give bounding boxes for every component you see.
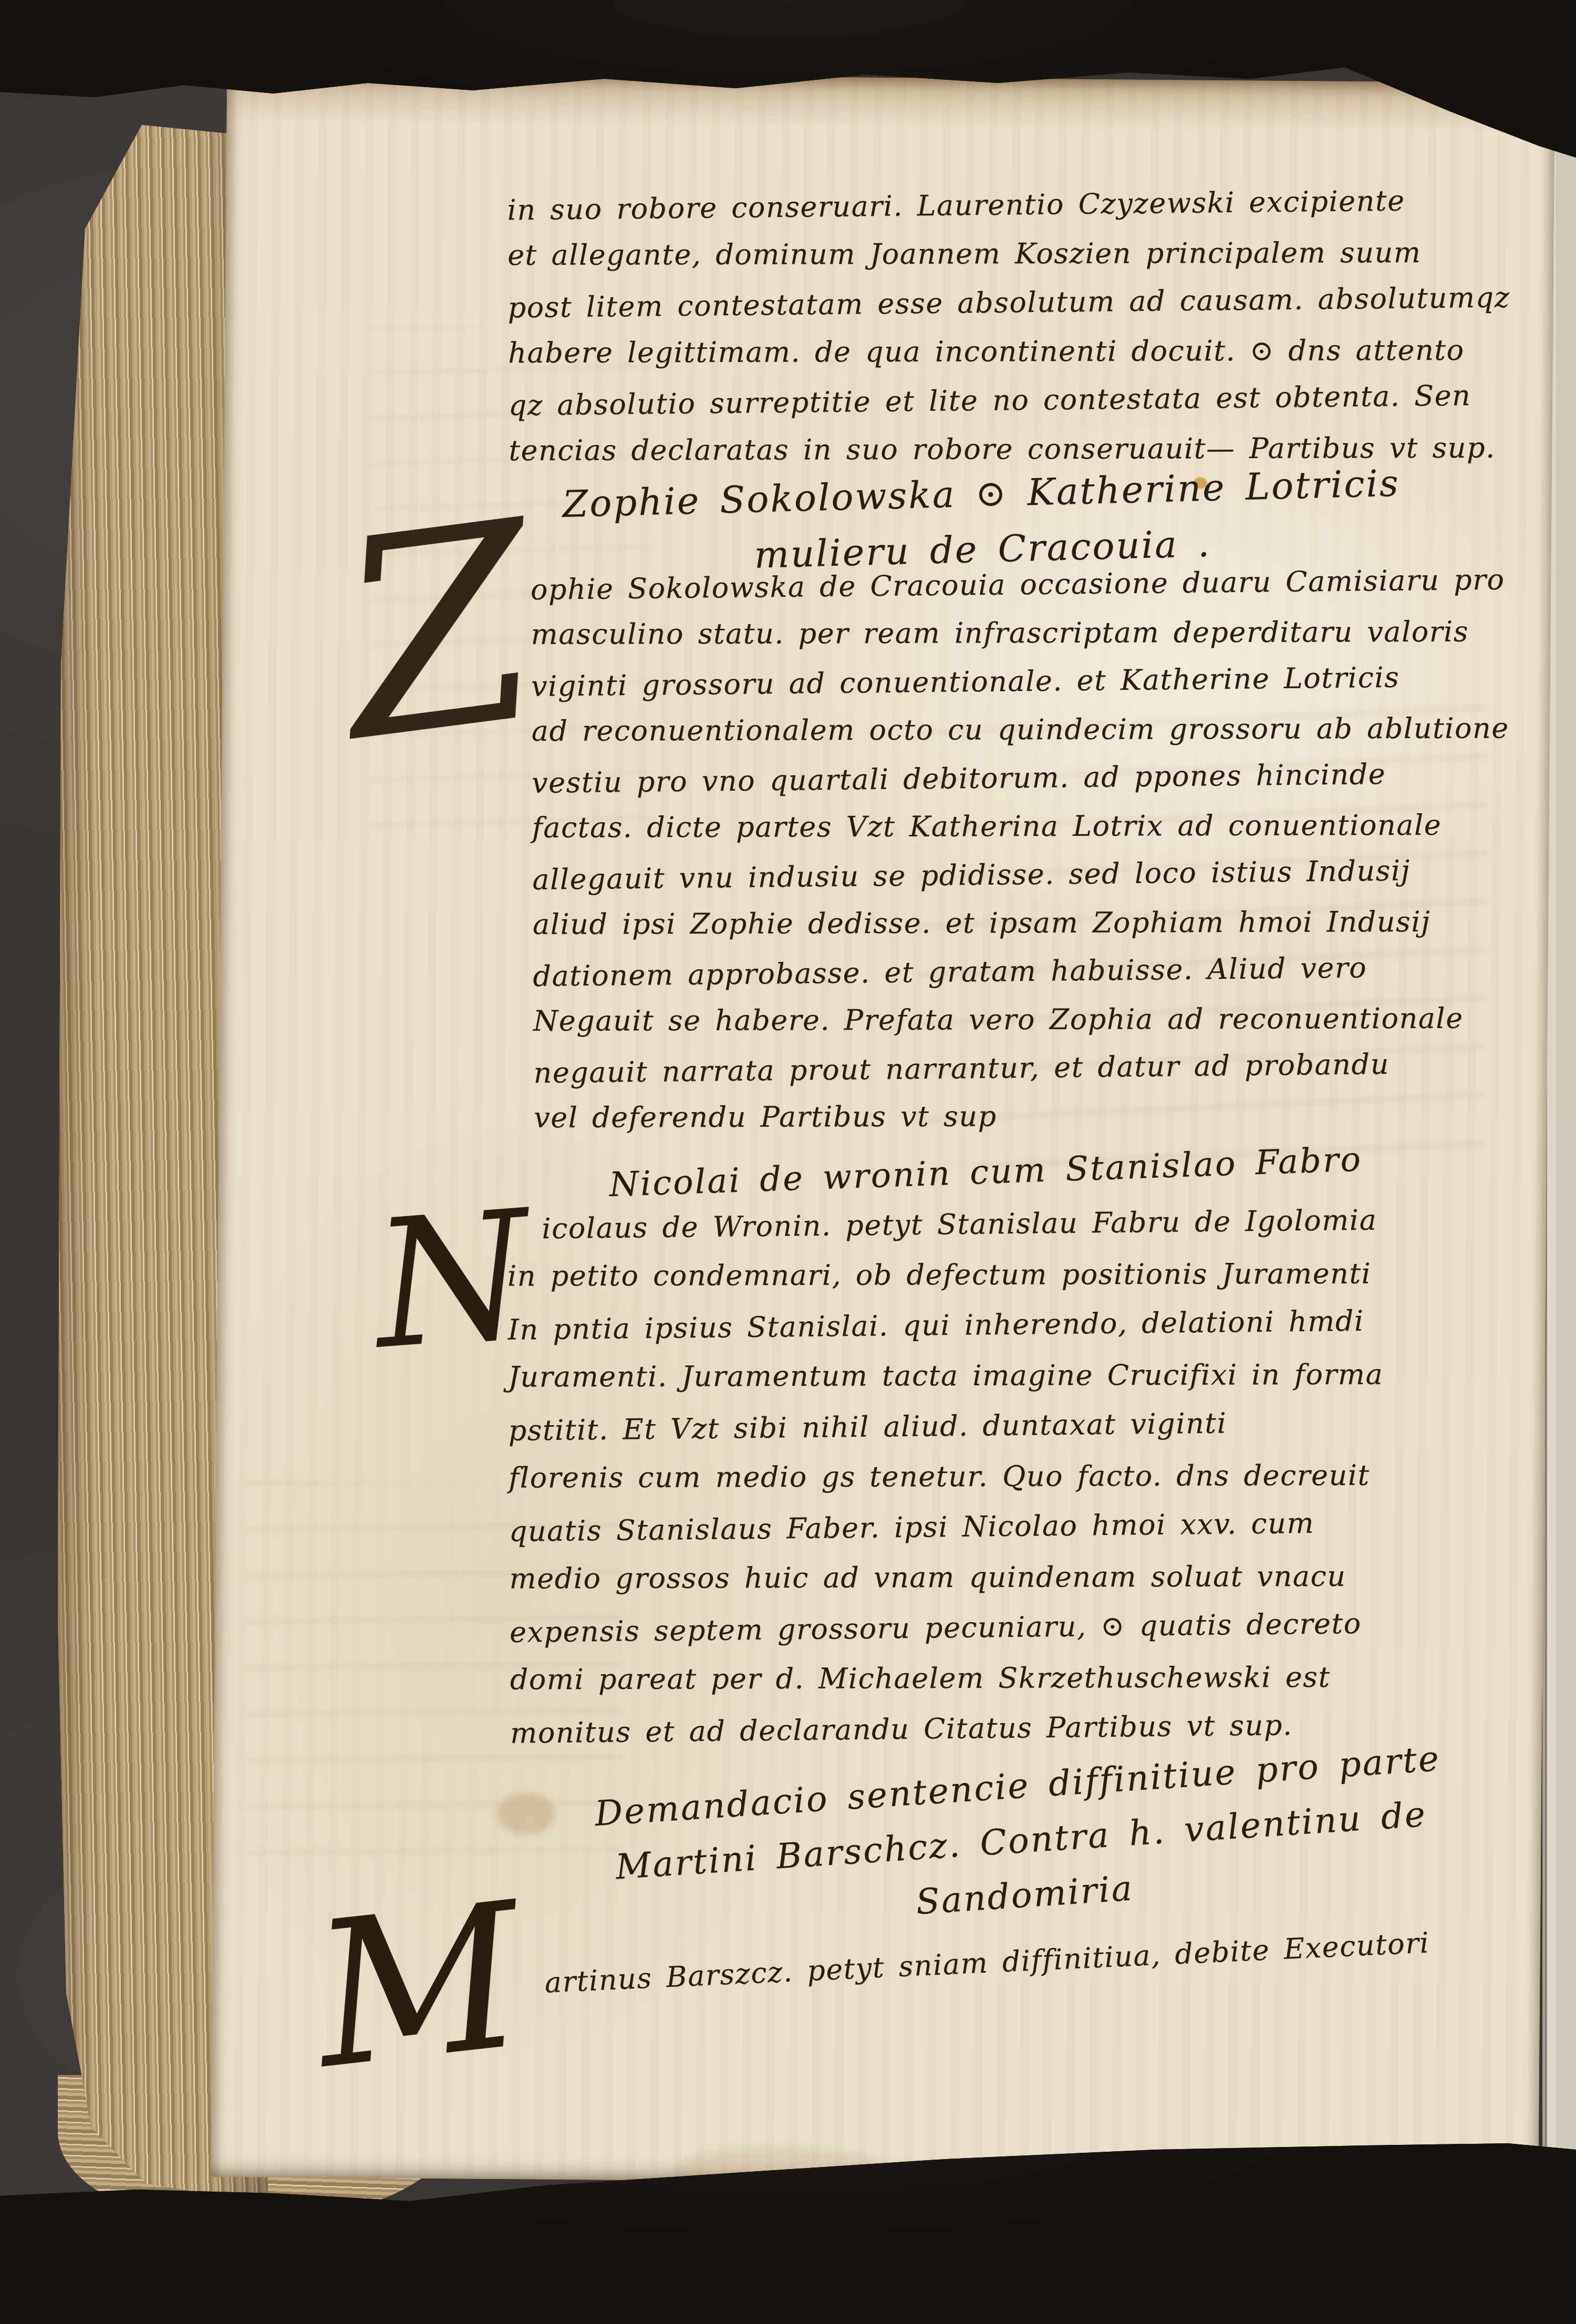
text-line: post litem contestatam esse absolutum ad…: [507, 281, 1510, 340]
text-line: allegauit vnu indusiu se pdidisse. sed l…: [532, 853, 1510, 911]
text-line: ophie Sokolowska de Cracouia occasione d…: [531, 563, 1509, 621]
text-line: habere legittimam. de qua incontinenti d…: [508, 334, 1510, 386]
text-line: factas. dicte partes Vzt Katherina Lotri…: [532, 808, 1510, 859]
text-line: dationem approbasse. et gratam habuisse.…: [533, 950, 1511, 1008]
entry-sokolowska-paragraph: ophie Sokolowska de Cracouia occasione d…: [531, 565, 1512, 1151]
text-line: qz absolutio surreptitie et lite no cont…: [508, 378, 1511, 438]
initial-letter-M: M: [306, 1876, 531, 2097]
text-line: masculino statu. per ream infrascriptam …: [531, 615, 1508, 666]
text-line: expensis septem grossoru pecuniaru, ⊙ qu…: [510, 1606, 1385, 1666]
text-line: medio grossos huic ad vnam quindenam sol…: [509, 1560, 1384, 1613]
text-line: Juramenti. Juramentum tacta imagine Cruc…: [508, 1358, 1383, 1411]
text-line: Negauit se habere. Prefata vero Zophia a…: [533, 1001, 1511, 1053]
text-line: ad reconuentionalem octo cu quindecim gr…: [532, 711, 1509, 763]
text-line: in suo robore conseruari. Laurentio Czyz…: [507, 183, 1510, 242]
text-line: In pntia ipsius Stanislai. qui inherendo…: [507, 1304, 1383, 1363]
text-line: viginti grossoru ad conuentionale. et Ka…: [531, 660, 1509, 718]
text-line: icolaus de Wronin. petyt Stanislau Fabru…: [542, 1203, 1383, 1263]
initial-letter-Z: Z: [327, 484, 551, 780]
text-line: aliud ipsi Zophie dedisse. et ipsam Zoph…: [533, 905, 1510, 956]
manuscript-page: in suo robore conseruari. Laurentio Czyz…: [211, 72, 1555, 2187]
manuscript-photo-scene: in suo robore conseruari. Laurentio Czyz…: [0, 0, 1576, 2324]
text-line: quatis Stanislaus Faber. ipsi Nicolao hm…: [509, 1506, 1384, 1565]
entry-absolution-paragraph: in suo robore conseruari. Laurentio Czyz…: [507, 185, 1511, 485]
text-line: et allegante, dominum Joannem Koszien pr…: [507, 236, 1510, 288]
text-line: florenis cum medio gs tenetur. Quo facto…: [509, 1459, 1384, 1512]
text-line: pstitit. Et Vzt sibi nihil aliud. duntax…: [508, 1405, 1384, 1464]
text-line: in petito condemnari, ob defectum positi…: [507, 1257, 1383, 1310]
text-line: domi pareat per d. Michaelem Skrzethusch…: [510, 1661, 1385, 1714]
entry-nicolaus-paragraph: icolaus de Wronin. petyt Stanislau Fabru…: [507, 1205, 1385, 1765]
handwritten-text: in suo robore conseruari. Laurentio Czyz…: [212, 74, 1553, 2186]
text-line: vestiu pro vno quartali debitorum. ad pp…: [532, 756, 1510, 815]
text-line: negauit narrata prout narrantur, et datu…: [533, 1046, 1511, 1104]
